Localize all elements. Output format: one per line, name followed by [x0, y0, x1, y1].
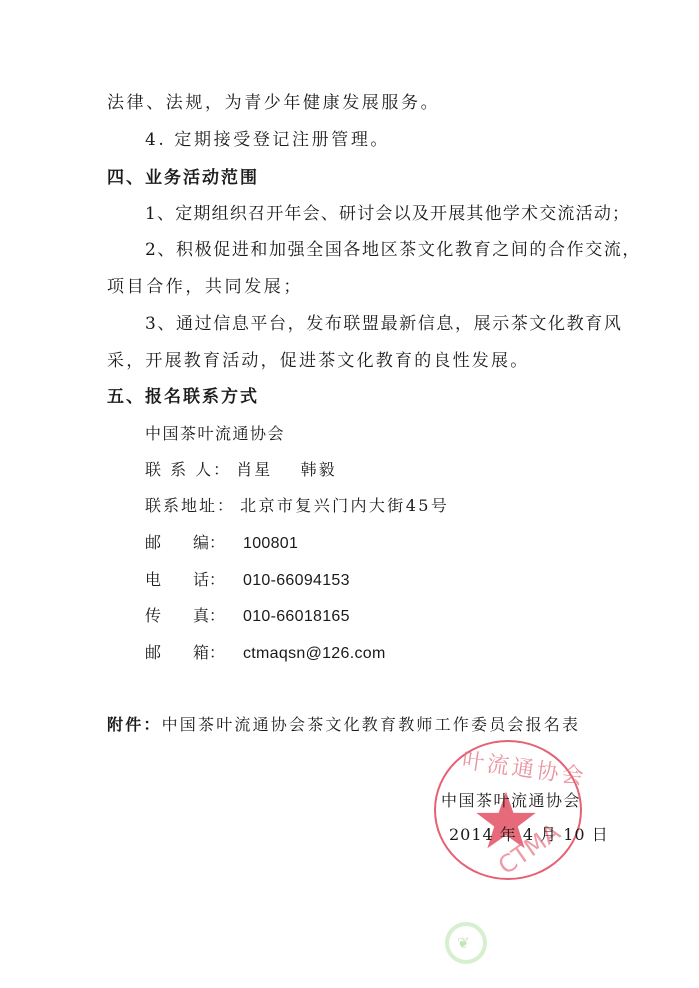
phone-label-1: 电 — [145, 569, 193, 591]
fax-label-1: 传 — [145, 605, 193, 627]
scope-item-3-cont: 采，开展教育活动，促进茶文化教育的良性发展。 — [107, 350, 529, 372]
email-label-1: 邮 — [145, 642, 193, 664]
contact-address-value: 北京市复兴门内大街45号 — [240, 496, 449, 515]
postcode-row: 邮编：100801 — [145, 532, 298, 555]
signature-organization: 中国茶叶流通协会 — [441, 788, 581, 811]
section-heading-5: 五、报名联系方式 — [107, 386, 259, 408]
phone-value: 010-66094153 — [243, 572, 350, 589]
fax-value: 010-66018165 — [243, 608, 350, 625]
fax-label-2: 真： — [193, 605, 243, 627]
paragraph-text: 法律、法规，为青少年健康发展服务。 — [107, 92, 440, 114]
signature-date: 2014 年 4 月 10 日 — [449, 822, 609, 845]
phone-row: 电话：010-66094153 — [145, 569, 350, 592]
contact-person-label: 联 系 人： — [145, 460, 231, 479]
attachment-line: 附件：中国茶叶流通协会茶文化教育教师工作委员会报名表 — [107, 714, 580, 736]
postcode-label-1: 邮 — [145, 532, 193, 554]
attachment-label: 附件： — [107, 715, 162, 734]
scope-item-1: 1、定期组织召开年会、研讨会以及开展其他学术交流活动； — [145, 203, 630, 225]
contact-person-row: 联 系 人： 肖星 韩毅 — [145, 459, 337, 481]
scope-item-2: 2、积极促进和加强全国各地区茶文化教育之间的合作交流， — [145, 239, 641, 261]
scope-item-2-cont: 项目合作，共同发展； — [107, 276, 303, 298]
section-heading-4: 四、业务活动范围 — [107, 167, 259, 189]
contact-person-value: 肖星 韩毅 — [236, 460, 336, 479]
scope-item-3: 3、通过信息平台，发布联盟最新信息，展示茶文化教育风 — [145, 313, 622, 335]
leaf-glyph-icon: ❦ — [457, 934, 470, 952]
organization-name: 中国茶叶流通协会 — [145, 423, 285, 445]
attachment-text: 中国茶叶流通协会茶文化教育教师工作委员会报名表 — [162, 715, 581, 734]
postcode-label-2: 编： — [193, 532, 243, 554]
email-label-2: 箱： — [193, 642, 243, 664]
phone-label-2: 话： — [193, 569, 243, 591]
email-value: ctmaqsn@126.com — [243, 645, 386, 662]
contact-address-row: 联系地址： 北京市复兴门内大街45号 — [145, 495, 449, 517]
contact-address-label: 联系地址： — [145, 496, 235, 515]
fax-row: 传真：010-66018165 — [145, 605, 350, 628]
email-row: 邮箱：ctmaqsn@126.com — [145, 642, 386, 665]
list-item-4: 4. 定期接受登记注册管理。 — [145, 129, 390, 151]
postcode-value: 100801 — [243, 535, 298, 552]
